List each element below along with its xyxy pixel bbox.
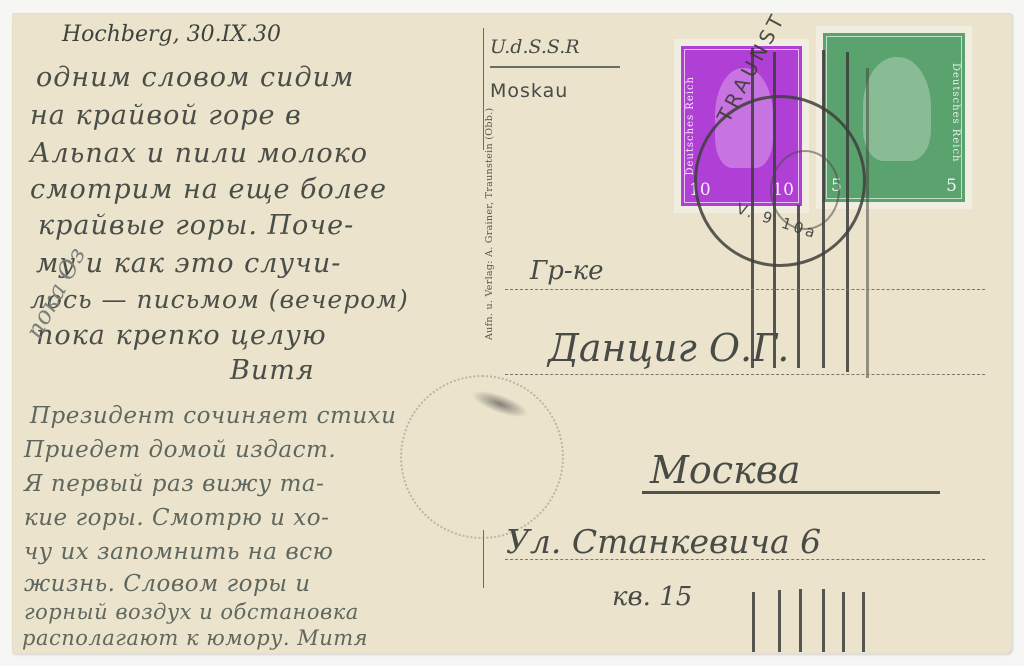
postscript-line: чу их запомнить на всю <box>24 539 333 565</box>
recipient-apartment: кв. 15 <box>612 582 692 612</box>
message-line: Альпах и пили молоко <box>30 138 368 169</box>
city-latin: Moskau <box>490 80 568 102</box>
address-rule <box>505 374 985 375</box>
message-line: одним словом сидим <box>36 62 354 93</box>
city-underline <box>642 491 940 494</box>
country-underline <box>490 66 620 68</box>
publisher-imprint: Aufn. u. Verlag: A. Grainer, Traunstein … <box>484 108 495 340</box>
stamp-side-text: Deutsches Reich <box>685 76 696 175</box>
postscript-line: горный воздух и обстановка <box>24 600 359 624</box>
postscript-line: Приедет домой издаст. <box>24 437 336 463</box>
stamp-side-text: Deutsches Reich <box>950 63 961 162</box>
portrait-icon <box>863 57 931 162</box>
postscript-line: кие горы. Смотрю и хо- <box>24 505 329 531</box>
postscript-line: Я первый раз вижу та- <box>24 471 324 497</box>
stamp-value: 5 <box>946 176 957 196</box>
recipient-street: Ул. Станкевича 6 <box>506 522 821 561</box>
message-line: пока крепко целую <box>36 320 327 351</box>
address-rule <box>505 289 985 290</box>
postscript-line: жизнь. Словом горы и <box>24 571 311 597</box>
signature: Витя <box>230 355 315 386</box>
recipient-name: Данциг О.Г. <box>548 326 789 370</box>
postscript-line: Президент сочиняет стихи <box>30 403 396 429</box>
message-line: крайвые горы. Поче- <box>38 210 354 241</box>
message-line: смотрим на еще более <box>30 174 387 205</box>
postscript-line: располагают к юмору. Митя <box>22 626 368 650</box>
message-line: на крайвой горе в <box>30 100 302 131</box>
message-line: лось — письмом (вечером) <box>30 285 409 314</box>
recipient-salutation: Гр-ке <box>530 256 604 286</box>
recipient-city: Москва <box>650 448 801 492</box>
country-line: U.d.S.S.R <box>490 36 580 58</box>
place-date: Hochberg, 30.IX.30 <box>62 22 281 47</box>
